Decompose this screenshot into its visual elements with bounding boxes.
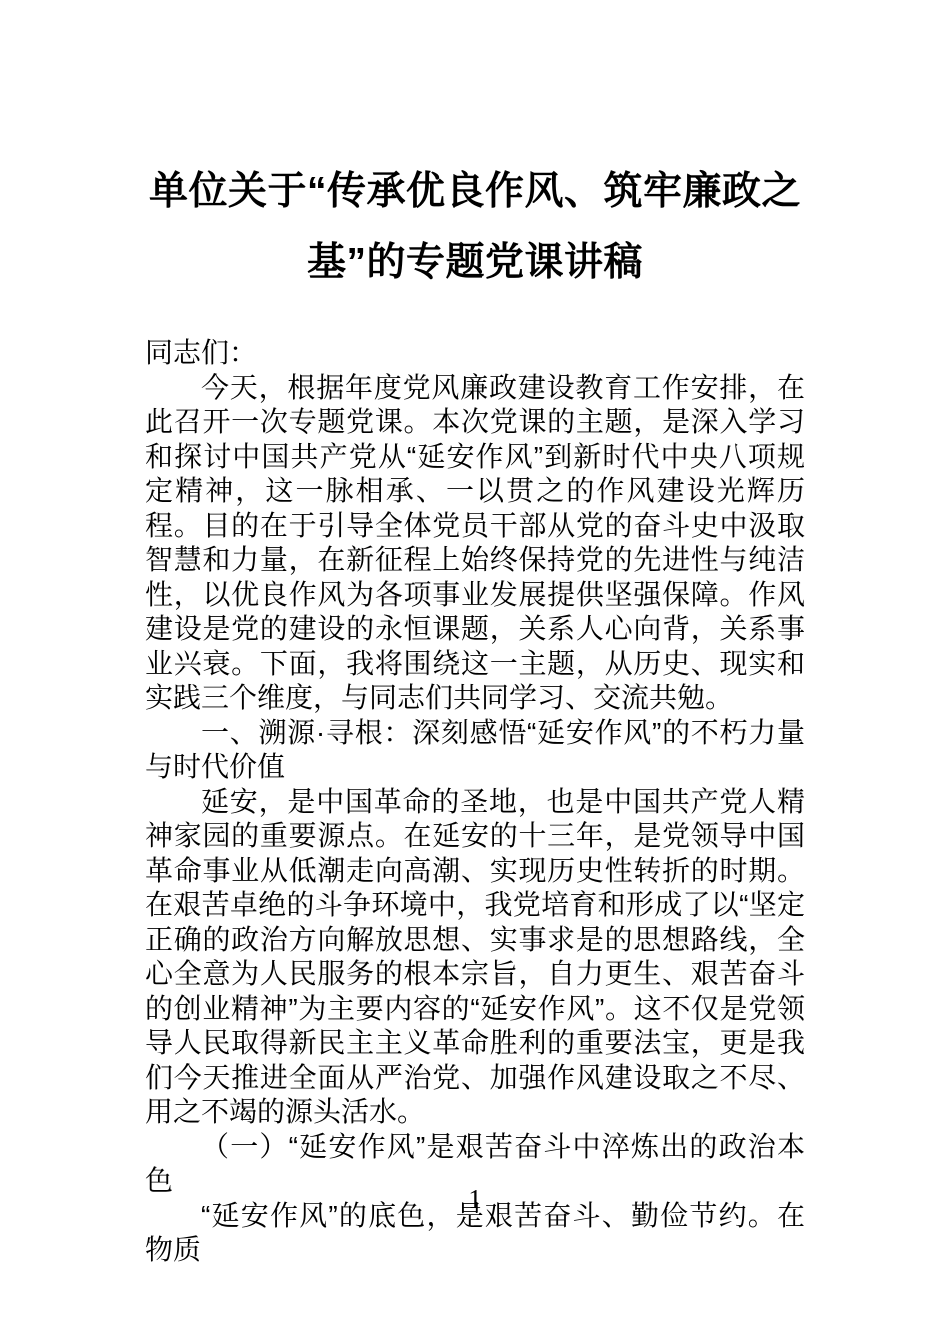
page-number: 1: [0, 1184, 950, 1214]
document-page: 单位关于“传承优良作风、筑牢廉政之基”的专题党课讲稿 同志们： 今天，根据年度党…: [0, 0, 950, 1344]
yanan-paragraph: 延安，是中国革命的圣地，也是中国共产党人精神家园的重要源点。在延安的十三年，是党…: [145, 785, 805, 1130]
paragraph-list: 同志们： 今天，根据年度党风廉政建设教育工作安排，在此召开一次专题党课。本次党课…: [145, 336, 805, 1268]
salutation-line: 同志们：: [145, 336, 805, 371]
document-title: 单位关于“传承优良作风、筑牢廉政之基”的专题党课讲稿: [145, 156, 805, 298]
intro-paragraph: 今天，根据年度党风廉政建设教育工作安排，在此召开一次专题党课。本次党课的主题，是…: [145, 371, 805, 716]
document-content: 单位关于“传承优良作风、筑牢廉政之基”的专题党课讲稿 同志们： 今天，根据年度党…: [145, 0, 805, 1268]
section-heading-1: 一、溯源·寻根：深刻感悟“延安作风”的不朽力量与时代价值: [145, 716, 805, 785]
